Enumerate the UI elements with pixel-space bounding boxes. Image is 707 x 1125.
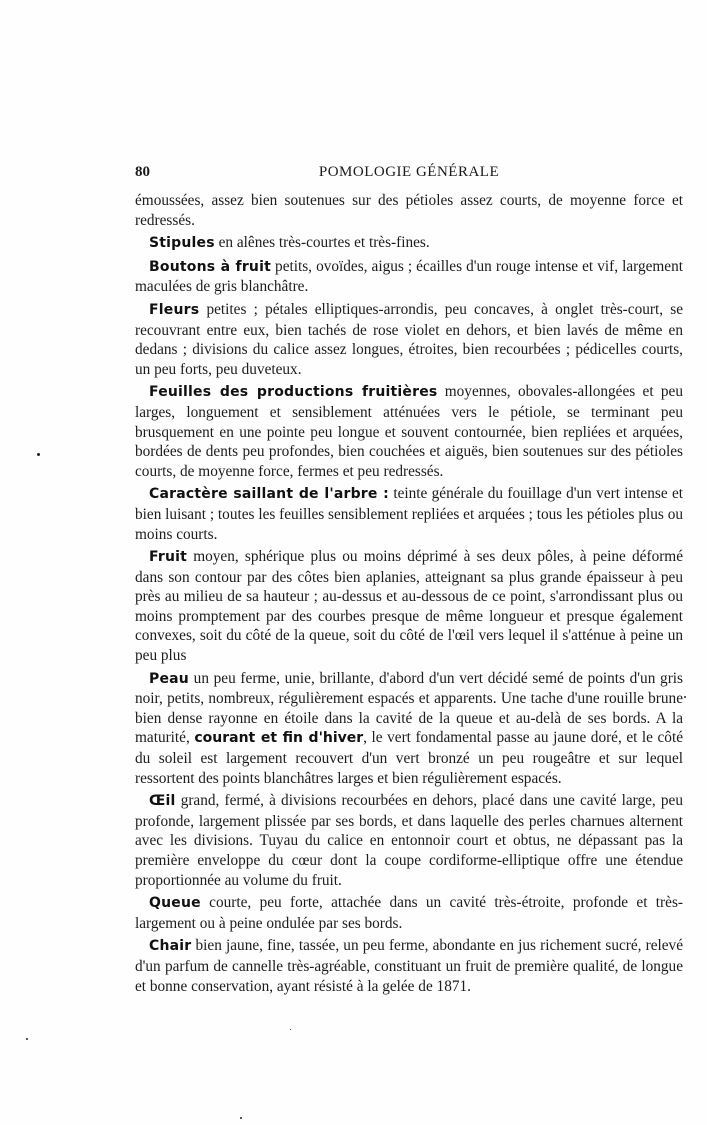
paragraph-text: bien jaune, fine, tassée, un peu ferme, …	[135, 937, 683, 994]
paragraph-term: Stipules	[149, 235, 215, 251]
running-title: POMOLOGIE GÉNÉRALE	[135, 164, 683, 181]
scan-speck	[290, 1029, 291, 1030]
paragraph-fleurs: Fleurs petites ; pétales elliptiques-arr…	[135, 300, 683, 379]
paragraph-boutons: Boutons à fruit petits, ovoïdes, aigus ;…	[135, 257, 683, 297]
paragraph-stipules: Stipules en alênes très-courtes et très-…	[135, 233, 683, 254]
paragraph-term: Boutons à fruit	[149, 259, 271, 275]
paragraph-term: Feuilles des productions fruitières	[149, 384, 437, 400]
scan-speck	[684, 696, 686, 698]
scan-speck	[37, 453, 40, 456]
paragraph-text: grand, fermé, à divisions recourbées en …	[135, 792, 683, 888]
paragraph-text: courte, peu forte, attachée dans un cavi…	[135, 894, 683, 932]
paragraph-term: Queue	[149, 895, 201, 911]
paragraph-text: émoussées, assez bien soutenues sur des …	[135, 192, 683, 229]
paragraph-term: Peau	[149, 671, 189, 687]
page-body: émoussées, assez bien soutenues sur des …	[135, 191, 683, 999]
scan-speck	[26, 1038, 28, 1040]
paragraph-text: en alênes très-courtes et très-fines.	[215, 234, 430, 251]
paragraph-continuation: émoussées, assez bien soutenues sur des …	[135, 191, 683, 230]
paragraph-fruit: Fruit moyen, sphérique plus ou moins dép…	[135, 547, 683, 666]
paragraph-text: petites ; pétales elliptiques-arrondis, …	[135, 301, 683, 378]
paragraph-feuilles: Feuilles des productions fruitières moye…	[135, 382, 683, 481]
paragraph-term: Chair	[149, 938, 191, 954]
document-page: 80 POMOLOGIE GÉNÉRALE émoussées, assez b…	[0, 0, 707, 1125]
page-header: 80 POMOLOGIE GÉNÉRALE	[135, 164, 683, 184]
paragraph-term: Fruit	[149, 549, 187, 565]
paragraph-peau: Peau un peu ferme, unie, brillante, d'ab…	[135, 669, 683, 789]
scan-speck	[240, 1117, 242, 1119]
paragraph-term: Caractère saillant de l'arbre :	[149, 486, 389, 502]
paragraph-chair: Chair bien jaune, fine, tassée, un peu f…	[135, 936, 683, 996]
paragraph-text: moyen, sphérique plus ou moins déprimé à…	[135, 548, 683, 664]
paragraph-caractere: Caractère saillant de l'arbre : teinte g…	[135, 484, 683, 544]
paragraph-oeil: Œil grand, fermé, à divisions recourbées…	[135, 791, 683, 890]
paragraph-term: Œil	[149, 793, 176, 809]
paragraph-queue: Queue courte, peu forte, attachée dans u…	[135, 893, 683, 933]
paragraph-term: Fleurs	[149, 302, 199, 318]
inline-bold-term: courant et fin d'hiver	[194, 730, 363, 746]
